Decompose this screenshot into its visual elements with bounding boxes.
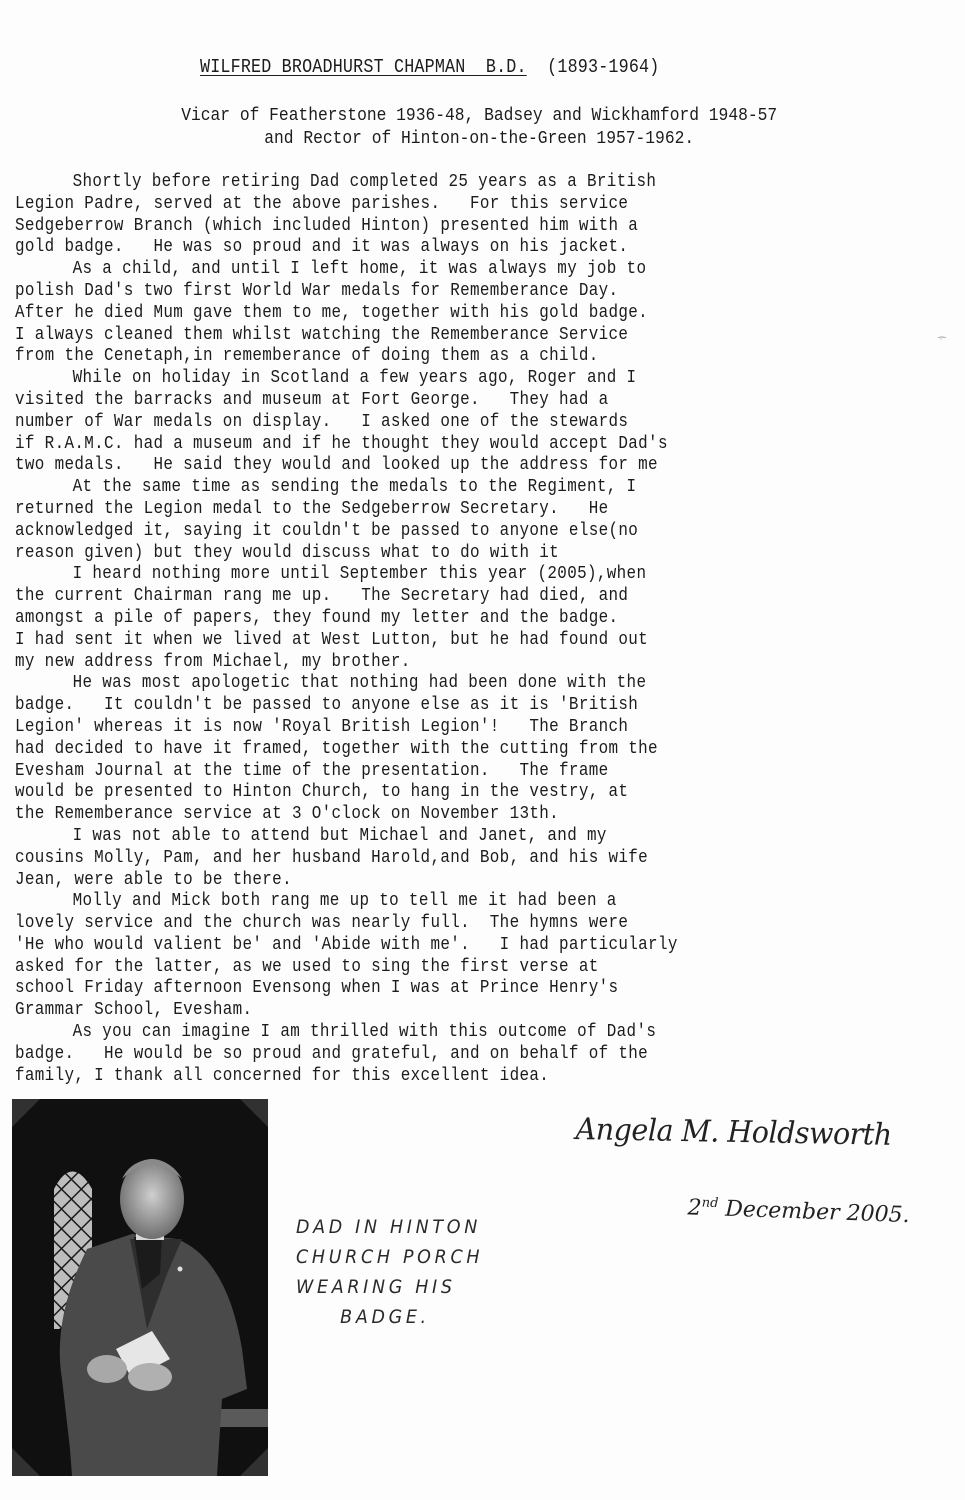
body-line: visited the barracks and museum at Fort … [15, 389, 841, 411]
body-line: While on holiday in Scotland a few years… [15, 367, 841, 389]
clergyman-photo-icon [12, 1099, 268, 1476]
body-line: had decided to have it framed, together … [15, 738, 841, 760]
document-title: WILFRED BROADHURST CHAPMAN B.D. (1893-19… [200, 56, 659, 78]
subtitle-line: Vicar of Featherstone 1936-48, Badsey an… [55, 104, 904, 127]
body-line: As a child, and until I left home, it wa… [15, 258, 841, 280]
body-line: I always cleaned them whilst watching th… [15, 324, 841, 346]
date-day: 2 [687, 1195, 702, 1220]
body-line: Legion' whereas it is now 'Royal British… [15, 716, 841, 738]
body-line: two medals. He said they would and looke… [15, 454, 841, 476]
body-line: He was most apologetic that nothing had … [15, 672, 841, 694]
title-years: (1893-1964) [547, 56, 659, 78]
body-line: returned the Legion medal to the Sedgebe… [15, 498, 841, 520]
letter-body: Shortly before retiring Dad completed 25… [15, 171, 965, 1086]
document-page: WILFRED BROADHURST CHAPMAN B.D. (1893-19… [0, 0, 965, 1500]
body-line: number of War medals on display. I asked… [15, 411, 841, 433]
photo-caption: DAD IN HINTON CHURCH PORCH WEARING HIS B… [296, 1212, 483, 1332]
body-line: the current Chairman rang me up. The Sec… [15, 585, 841, 607]
body-line: Molly and Mick both rang me up to tell m… [15, 890, 841, 912]
body-line: badge. He would be so proud and grateful… [15, 1043, 841, 1065]
body-line: I was not able to attend but Michael and… [15, 825, 841, 847]
body-line: At the same time as sending the medals t… [15, 476, 841, 498]
body-line: 'He who would valient be' and 'Abide wit… [15, 934, 841, 956]
body-line: Legion Padre, served at the above parish… [15, 193, 841, 215]
body-line: from the Cenetaph,in rememberance of doi… [15, 345, 841, 367]
body-line: Sedgeberrow Branch (which included Hinto… [15, 215, 841, 237]
body-line: school Friday afternoon Evensong when I … [15, 977, 841, 999]
body-line: Jean, were able to be there. [15, 869, 841, 891]
body-line: As you can imagine I am thrilled with th… [15, 1021, 841, 1043]
body-line: amongst a pile of papers, they found my … [15, 607, 841, 629]
caption-line: BADGE. [296, 1302, 483, 1332]
body-line: family, I thank all concerned for this e… [15, 1065, 841, 1087]
body-line: badge. It couldn't be passed to anyone e… [15, 694, 841, 716]
body-line: would be presented to Hinton Church, to … [15, 781, 841, 803]
date-rest: December 2005. [718, 1196, 910, 1228]
caption-line: WEARING HIS [296, 1272, 483, 1302]
body-line: I heard nothing more until September thi… [15, 563, 841, 585]
handwritten-date: 2nd December 2005. [687, 1195, 910, 1228]
body-line: lovely service and the church was nearly… [15, 912, 841, 934]
body-line: Shortly before retiring Dad completed 25… [15, 171, 841, 193]
body-line: After he died Mum gave them to me, toget… [15, 302, 841, 324]
body-line: Evesham Journal at the time of the prese… [15, 760, 841, 782]
subtitle-line: and Rector of Hinton-on-the-Green 1957-1… [55, 127, 904, 150]
title-name: WILFRED BROADHURST CHAPMAN B.D. [200, 56, 527, 78]
handwritten-signature: Angela M. Holdsworth [575, 1112, 892, 1153]
body-line: if R.A.M.C. had a museum and if he thoug… [15, 433, 841, 455]
body-line: Grammar School, Evesham. [15, 999, 841, 1021]
body-line: reason given) but they would discuss wha… [15, 542, 841, 564]
body-line: my new address from Michael, my brother. [15, 651, 841, 673]
photograph [12, 1099, 268, 1476]
body-line: acknowledged it, saying it couldn't be p… [15, 520, 841, 542]
body-line: asked for the latter, as we used to sing… [15, 956, 841, 978]
scan-mark: ⁔˙ [938, 330, 946, 350]
body-line: cousins Molly, Pam, and her husband Haro… [15, 847, 841, 869]
body-line: polish Dad's two first World War medals … [15, 280, 841, 302]
caption-line: CHURCH PORCH [296, 1242, 483, 1272]
body-line: I had sent it when we lived at West Lutt… [15, 629, 841, 651]
date-suffix: nd [701, 1195, 718, 1211]
document-subtitle: Vicar of Featherstone 1936-48, Badsey an… [55, 104, 904, 150]
body-line: the Rememberance service at 3 O'clock on… [15, 803, 841, 825]
body-line: gold badge. He was so proud and it was a… [15, 236, 841, 258]
caption-line: DAD IN HINTON [296, 1212, 483, 1242]
